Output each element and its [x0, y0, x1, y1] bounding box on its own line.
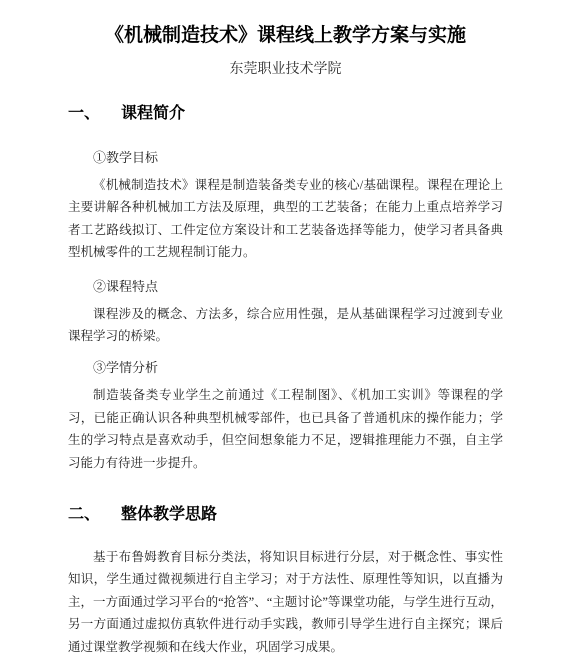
document-subtitle: 东莞职业技术学院 — [68, 60, 503, 80]
sub-label-learner-analysis: ③学情分析 — [68, 357, 503, 379]
section-heading-overall-approach: 二、整体教学思路 — [68, 503, 503, 526]
document-page: 《机械制造技术》课程线上教学方案与实施 东莞职业技术学院 一、课程简介 ①教学目… — [0, 0, 569, 670]
paragraph-course-features: 课程涉及的概念、方法多，综合应用性强，是从基础课程学习过渡到专业课程学习的桥梁。 — [68, 303, 503, 348]
paragraph-overall-approach: 基于布鲁姆教育目标分类法，将知识目标进行分层，对于概念性、事实性知识，学生通过微… — [68, 546, 503, 658]
sub-label-course-features: ②课程特点 — [68, 276, 503, 298]
paragraph-learner-analysis: 制造装备类专业学生之前通过《工程制图》、《机加工实训》等课程的学习，已能正确认识… — [68, 384, 503, 474]
document-content: 《机械制造技术》课程线上教学方案与实施 东莞职业技术学院 一、课程简介 ①教学目… — [0, 0, 569, 658]
paragraph-teaching-goal: 《机械制造技术》课程是制造装备类专业的核心/基础课程。课程在理论上主要讲解各种机… — [68, 174, 503, 264]
section-number: 一、 — [68, 105, 100, 122]
sub-label-teaching-goal: ①教学目标 — [68, 147, 503, 169]
section-heading-course-intro: 一、课程简介 — [68, 102, 503, 125]
section-heading-text: 整体教学思路 — [121, 506, 217, 523]
document-title: 《机械制造技术》课程线上教学方案与实施 — [68, 25, 503, 47]
section-heading-text: 课程简介 — [121, 105, 185, 122]
section-number: 二、 — [68, 506, 100, 523]
